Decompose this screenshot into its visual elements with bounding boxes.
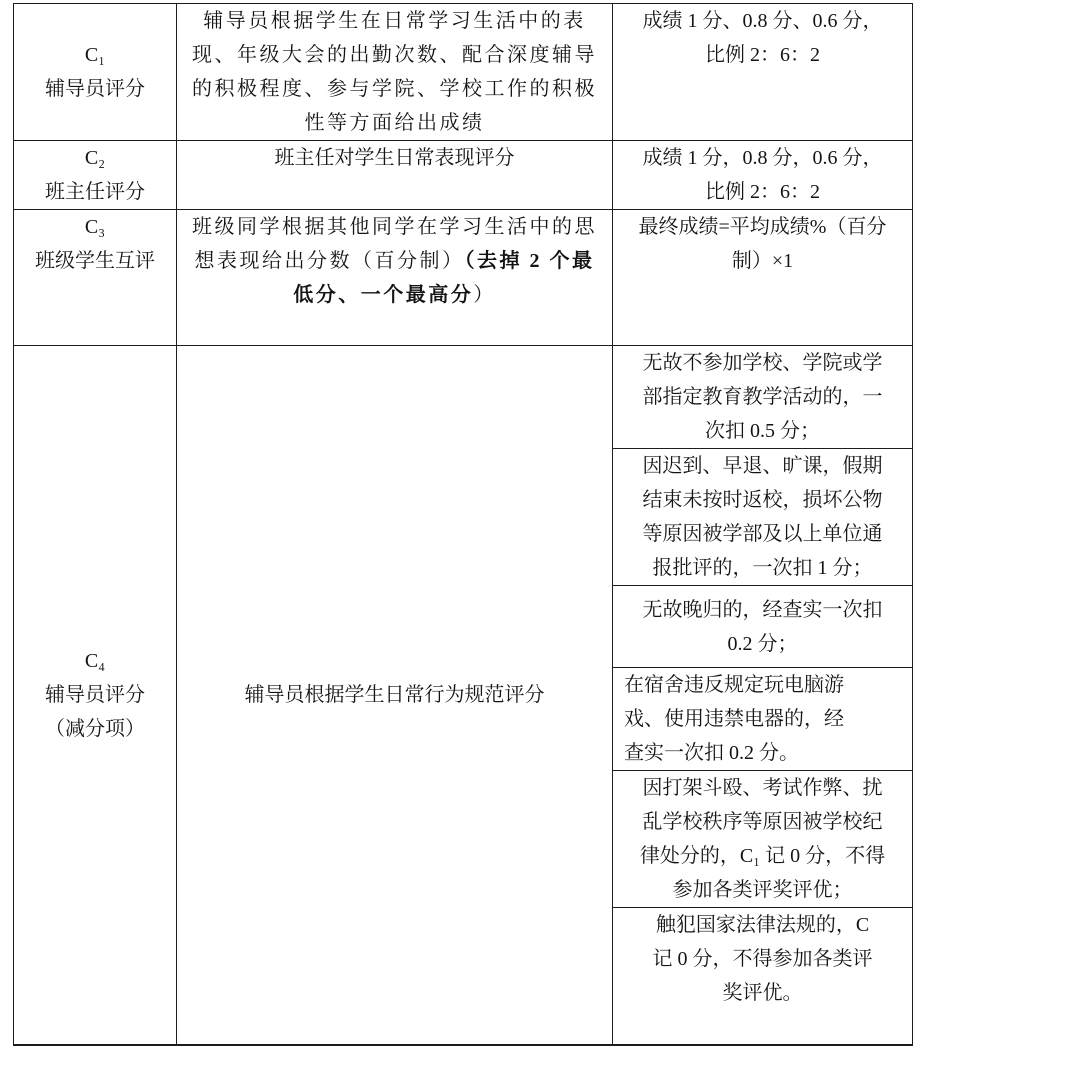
- c4-deduction-item-1: 无故不参加学校、学院或学 部指定教育教学活动的，一 次扣 0.5 分；: [613, 346, 913, 449]
- c3-id-cell: C₃ 班级学生互评: [14, 210, 177, 346]
- evaluation-criteria-table: C₁ 辅导员评分 辅导员根据学生在日常学习生活中的表 现、年级大会的出勤次数、配…: [13, 3, 913, 1046]
- c4-deduction-item-2: 因迟到、早退、旷课，假期 结束未按时返校，损坏公物 等原因被学部及以上单位通 报…: [613, 449, 913, 586]
- c3-scoring-cell: 最终成绩=平均成绩%（百分 制）×1: [613, 210, 913, 346]
- c4-deduction-item-4: 在宿舍违反规定玩电脑游 戏、使用违禁电器的，经 查实一次扣 0.2 分。: [613, 668, 913, 771]
- c2-description-cell: 班主任对学生日常表现评分: [177, 141, 613, 210]
- c4-deduction-item-6: 触犯国家法律法规的，C 记 0 分，不得参加各类评 奖评优。: [613, 908, 913, 1045]
- c3-description-cell: 班级同学根据其他同学在学习生活中的思 想表现给出分数（百分制）（去掉 2 个最 …: [177, 210, 613, 346]
- row-c2: C₂ 班主任评分 班主任对学生日常表现评分 成绩 1 分，0.8 分，0.6 分…: [14, 141, 913, 210]
- c1-id-cell: C₁ 辅导员评分: [14, 4, 177, 141]
- c4-id-cell: C₄ 辅导员评分 （减分项）: [14, 346, 177, 1045]
- c2-scoring-cell: 成绩 1 分，0.8 分，0.6 分， 比例 2：6：2: [613, 141, 913, 210]
- document-page: C₁ 辅导员评分 辅导员根据学生在日常学习生活中的表 现、年级大会的出勤次数、配…: [0, 0, 1091, 1092]
- c1-description-cell: 辅导员根据学生在日常学习生活中的表 现、年级大会的出勤次数、配合深度辅导 的积极…: [177, 4, 613, 141]
- c4-description-cell: 辅导员根据学生日常行为规范评分: [177, 346, 613, 1045]
- c3-desc-closing-paren: ）: [473, 284, 496, 306]
- c4-deduction-item-5: 因打架斗殴、考试作弊、扰 乱学校秩序等原因被学校纪 律处分的，C₁ 记 0 分，…: [613, 771, 913, 908]
- row-c3: C₃ 班级学生互评 班级同学根据其他同学在学习生活中的思 想表现给出分数（百分制…: [14, 210, 913, 346]
- c1-scoring-cell: 成绩 1 分、0.8 分、0.6 分， 比例 2：6：2: [613, 4, 913, 141]
- c2-id-cell: C₂ 班主任评分: [14, 141, 177, 210]
- row-c1: C₁ 辅导员评分 辅导员根据学生在日常学习生活中的表 现、年级大会的出勤次数、配…: [14, 4, 913, 141]
- c4-deduction-item-3: 无故晚归的，经查实一次扣 0.2 分；: [613, 586, 913, 668]
- row-c4-sub1: C₄ 辅导员评分 （减分项） 辅导员根据学生日常行为规范评分 无故不参加学校、学…: [14, 346, 913, 449]
